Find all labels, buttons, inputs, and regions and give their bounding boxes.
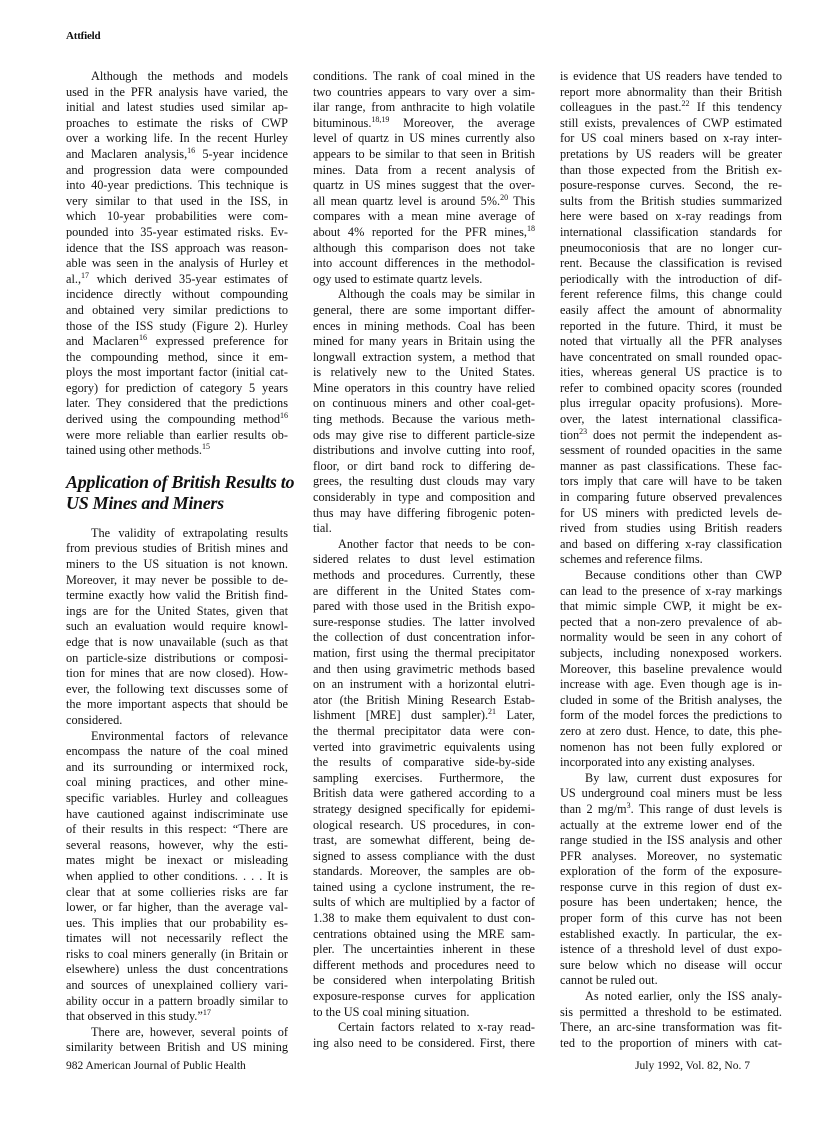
text-line: the thermal precipitator data were con-	[313, 724, 535, 740]
column-3: is evidence that US readers have tended …	[560, 69, 782, 1051]
text-line: the results of comparative side-by-side	[313, 755, 535, 771]
text-line: grees, the resulting dust clouds may var…	[313, 474, 535, 490]
text-line: can lead to the presence of x-ray markin…	[560, 584, 782, 600]
text-line: quartz in US mines suggest that the over…	[313, 178, 535, 194]
paragraph: Certain factors related to x-ray read-in…	[313, 1020, 535, 1051]
text-line: the more important aspects that should b…	[66, 697, 288, 713]
paragraph: There are, however, several points ofsim…	[66, 1025, 288, 1056]
text-line: about 4% reported for the PFR mines,18	[313, 225, 535, 241]
text-line: specific variables. Hurley and colleague…	[66, 791, 288, 807]
text-line: international classification standards f…	[560, 225, 782, 241]
text-line: level of quartz in US mines currently al…	[313, 131, 535, 147]
text-line: 1.38 to make them equivalent to dust con…	[313, 911, 535, 927]
heading-line: Application of British Results to	[66, 472, 288, 493]
text-line: sure below which no disease will occur	[560, 958, 782, 974]
text-line: bituminous.18,19 Moreover, the average	[313, 116, 535, 132]
running-head: Attfield	[66, 30, 100, 42]
text-line: tors imply that care will have to be tak…	[560, 474, 782, 490]
text-line: two countries appears to vary over a sim…	[313, 85, 535, 101]
text-line: range studied in the ISS analysis and ot…	[560, 833, 782, 849]
text-line: still exists, prevalences of CWP estimat…	[560, 116, 782, 132]
text-line: tion for mines that are now closed). How…	[66, 666, 288, 682]
text-line: ator (the British Mining Research Estab-	[313, 693, 535, 709]
text-line: ilar range, from anthracite to high vola…	[313, 100, 535, 116]
text-line: have cautioned against indiscriminate us…	[66, 807, 288, 823]
text-line: noted that virtually all the PFR analyse…	[560, 334, 782, 350]
text-line: PFR analyses. Moreover, no systematic	[560, 849, 782, 865]
text-line: into 40-year predictions. This technique…	[66, 178, 288, 194]
text-line: sidered relates to dust level estimation	[313, 552, 535, 568]
text-line: Although the coals may be similar in	[313, 287, 535, 303]
paragraph: Although the coals may be similar ingene…	[313, 287, 535, 537]
text-line: Moreover, it may never be possible to de…	[66, 573, 288, 589]
text-line: proaches to estimate the risks of CWP	[66, 116, 288, 132]
text-line: compares with a mean mine average of	[313, 209, 535, 225]
text-line: periodically with the introduction of di…	[560, 272, 782, 288]
text-line: encompass the nature of the coal mined	[66, 744, 288, 760]
text-line: ings are for the United States, given th…	[66, 604, 288, 620]
text-line: centrations obtained using the MRE sam-	[313, 927, 535, 943]
text-line: sults of which are multiplied by a facto…	[313, 895, 535, 911]
text-line: the compounding method, since it em-	[66, 350, 288, 366]
text-line: pared with those used in the British exp…	[313, 599, 535, 615]
text-line: longwall extraction system, a method tha…	[313, 350, 535, 366]
text-line: Certain factors related to x-ray read-	[313, 1020, 535, 1036]
text-line: when applied to other conditions. . . . …	[66, 869, 288, 885]
text-line: cannot be ruled out.	[560, 973, 782, 989]
text-line: used in the PFR analysis have varied, th…	[66, 85, 288, 101]
text-line: ods may give rise to different particle-…	[313, 428, 535, 444]
text-line: than 2 mg/m3. This range of dust levels …	[560, 802, 782, 818]
text-line: As noted earlier, only the ISS analy-	[560, 989, 782, 1005]
text-line: and Maclaren analysis,16 5-year incidenc…	[66, 147, 288, 163]
text-line: general, there are some important differ…	[313, 303, 535, 319]
text-line: here were based on x-ray readings from	[560, 209, 782, 225]
text-line: cluded in some of the British analyses, …	[560, 693, 782, 709]
text-line: pneumoconiosis that are no longer cur-	[560, 241, 782, 257]
text-line: easily affect the amount of abnormality	[560, 303, 782, 319]
paragraph: Although the methods and modelsused in t…	[66, 69, 288, 459]
paragraph: Environmental factors of relevanceencomp…	[66, 729, 288, 1025]
text-line: coal mining practices, and other mine-	[66, 775, 288, 791]
text-line: Although the methods and models	[66, 69, 288, 85]
text-line: lishment [MRE] dust sampler).21 Later,	[313, 708, 535, 724]
text-line: is evidence that US readers have tended …	[560, 69, 782, 85]
text-line: to the US coal mining situation.	[313, 1005, 535, 1021]
text-line: ferent reference films, this change coul…	[560, 287, 782, 303]
text-line: is relatively new to the United States.	[313, 365, 535, 381]
text-line: ological research. US procedures, in con…	[313, 818, 535, 834]
text-line: elsewhere) unless the dust concentration…	[66, 962, 288, 978]
text-line: able was seen in the analysis of Hurley …	[66, 256, 288, 272]
text-line: refer to combined opacity scores (rounde…	[560, 381, 782, 397]
text-line: and based on differing x-ray classificat…	[560, 537, 782, 553]
text-line: considerably in type and composition and	[313, 490, 535, 506]
text-line: that observed in this study.”17	[66, 1009, 288, 1025]
text-line: mation, first using the thermal precipit…	[313, 646, 535, 662]
paragraph: By law, current dust exposures forUS und…	[560, 771, 782, 989]
text-line: and its surrounding or intermixed rock,	[66, 760, 288, 776]
text-line: Moreover, this baseline prevalence would	[560, 662, 782, 678]
text-line: form of the model forces the predictions…	[560, 708, 782, 724]
text-line: and sources of unexplained colliery vari…	[66, 978, 288, 994]
text-line: and then using gravimetric methods based	[313, 662, 535, 678]
text-line: There are, however, several points of	[66, 1025, 288, 1041]
text-line: colleagues in the past.22 If this tenden…	[560, 100, 782, 116]
text-line: termine exactly how valid the British fi…	[66, 588, 288, 604]
text-line: actually at the extreme lower end of the	[560, 818, 782, 834]
text-line: sampling exercises. Furthermore, the	[313, 771, 535, 787]
text-line: very similar to that used in the ISS, in	[66, 194, 288, 210]
text-line: tial.	[313, 521, 535, 537]
text-line: idence that the ISS approach was reason-	[66, 241, 288, 257]
text-line: miners to the US situation is not known.	[66, 557, 288, 573]
text-line: tion23 does not permit the independent a…	[560, 428, 782, 444]
text-line: proper form of this curve has not been	[560, 911, 782, 927]
text-line: pler. The uncertainties inherent in thes…	[313, 942, 535, 958]
text-line: rived from studies using British readers	[560, 521, 782, 537]
text-line: British data were gathered according to …	[313, 786, 535, 802]
text-line: ability occur in a pattern broadly simil…	[66, 994, 288, 1010]
text-line: The validity of extrapolating results	[66, 526, 288, 542]
text-line: egory) for prediction of category 5 year…	[66, 381, 288, 397]
text-line: Because conditions other than CWP	[560, 568, 782, 584]
text-line: strategy designed specifically for epide…	[313, 802, 535, 818]
text-line: ing also need to be considered. First, t…	[313, 1036, 535, 1052]
text-line: over, the latest international classific…	[560, 412, 782, 428]
text-line: mines. Data from a recent analysis of	[313, 163, 535, 179]
text-line: trast, are somewhat different, being de-	[313, 833, 535, 849]
text-line: posure-response curves. Second, the re-	[560, 178, 782, 194]
text-line: plus irregular opacity profusions). More…	[560, 396, 782, 412]
text-line: the collection of dust concentration inf…	[313, 630, 535, 646]
text-line: sis permitted a threshold to be estimate…	[560, 1005, 782, 1021]
text-line: mates might be inexact or misleading	[66, 853, 288, 869]
text-line: exploration of the form of the exposure-	[560, 864, 782, 880]
text-line: ting methods. Because the various meth-	[313, 412, 535, 428]
text-line: sure-response studies. The latter involv…	[313, 615, 535, 631]
text-line: were more reliable than earlier results …	[66, 428, 288, 444]
text-line: Another factor that needs to be con-	[313, 537, 535, 553]
text-line: response curve in this region of dust ex…	[560, 880, 782, 896]
text-line: nomenon has not been fully explored or	[560, 740, 782, 756]
paragraph: Because conditions other than CWPcan lea…	[560, 568, 782, 771]
text-line: and obtained very similar predictions to	[66, 303, 288, 319]
paragraph: conditions. The rank of coal mined in th…	[313, 69, 535, 287]
text-line: edge that is now unavailable (such as th…	[66, 635, 288, 651]
text-line: mined for many years in Britain using th…	[313, 334, 535, 350]
text-line: which 10-year probabilities were com-	[66, 209, 288, 225]
text-line: ted to the proportion of miners with cat…	[560, 1036, 782, 1052]
text-line: from previous studies of British mines a…	[66, 541, 288, 557]
text-line: and progression data were compounded	[66, 163, 288, 179]
text-line: report more abnormality than their Briti…	[560, 85, 782, 101]
text-line: ues. This implies that our probability e…	[66, 916, 288, 932]
text-line: those of the ISS study (Figure 2). Hurle…	[66, 319, 288, 335]
text-line: all mean quartz level is around 5%.20 Th…	[313, 194, 535, 210]
paragraph: Another factor that needs to be con-side…	[313, 537, 535, 1020]
text-line: on particle-size distributions or compos…	[66, 651, 288, 667]
text-line: ences in mining methods. Coal has been	[313, 319, 535, 335]
text-line: conditions. The rank of coal mined in th…	[313, 69, 535, 85]
text-line: clear that at some collieries risks are …	[66, 885, 288, 901]
text-line: later. They considered that the predicti…	[66, 396, 288, 412]
text-line: verted into gravimetric equivalents usin…	[313, 740, 535, 756]
text-line: lower, or far higher, than the average v…	[66, 900, 288, 916]
text-line: into account differences in the methodol…	[313, 256, 535, 272]
text-line: increase with age. Even though age is in…	[560, 677, 782, 693]
text-line: tained using a cyclone instrument, the r…	[313, 880, 535, 896]
text-line: initial and latest studies used similar …	[66, 100, 288, 116]
text-line: methods and procedures. Currently, these	[313, 568, 535, 584]
text-line: ever, the following text discusses some …	[66, 682, 288, 698]
text-line: ities, whereas general US practice is to	[560, 365, 782, 381]
text-line: floor, or dirt band rock to differing de…	[313, 459, 535, 475]
text-line: on an instrument with a horizontal elutr…	[313, 677, 535, 693]
text-line: sults from the British studies summarize…	[560, 194, 782, 210]
text-line: incidence directly without compounding	[66, 287, 288, 303]
text-line: on continuous miners and other coal-get-	[313, 396, 535, 412]
text-line: standards. Moreover, the samples are ob-	[313, 864, 535, 880]
text-line: timates will not necessarily reflect the	[66, 931, 288, 947]
text-line: signed to assess compliance with the dus…	[313, 849, 535, 865]
text-line: posure has been undertaken; hence, the	[560, 895, 782, 911]
section-heading: Application of British Results toUS Mine…	[66, 472, 288, 514]
text-line: established exactly. In particular, the …	[560, 927, 782, 943]
text-line: similarity between British and US mining	[66, 1040, 288, 1056]
text-line: and Maclaren16 expressed preference for	[66, 334, 288, 350]
text-line: Mine operators in this country have reli…	[313, 381, 535, 397]
text-line: ploys the most important factor (initial…	[66, 365, 288, 381]
text-line: istence of a threshold level of dust exp…	[560, 942, 782, 958]
text-line: By law, current dust exposures for	[560, 771, 782, 787]
text-line: thus may have differing fibrogenic poten…	[313, 506, 535, 522]
text-line: that mimic simple CWP, it might be ex-	[560, 599, 782, 615]
heading-line: US Mines and Miners	[66, 493, 288, 514]
text-line: normality would be seen in any cohort of	[560, 630, 782, 646]
footer-journal: 982 American Journal of Public Health	[66, 1060, 246, 1072]
text-line: different methods and procedures need to	[313, 958, 535, 974]
paragraph: As noted earlier, only the ISS analy-sis…	[560, 989, 782, 1051]
text-line: derived using the compounding method16	[66, 412, 288, 428]
text-line: are different in the United States com-	[313, 584, 535, 600]
text-line: incorporated into any existing analyses.	[560, 755, 782, 771]
text-line: for US coal miners based on x-ray inter-	[560, 131, 782, 147]
text-line: pounded into 35-year estimated risks. Ev…	[66, 225, 288, 241]
text-line: reported in the future. Third, it must b…	[560, 319, 782, 335]
column-2: conditions. The rank of coal mined in th…	[313, 69, 535, 1051]
text-line: al.,17 which derived 35-year estimates o…	[66, 272, 288, 288]
footer-issue: July 1992, Vol. 82, No. 7	[635, 1060, 750, 1072]
text-line: manner as past classifications. These fa…	[560, 459, 782, 475]
paragraph: The validity of extrapolating resultsfro…	[66, 526, 288, 729]
text-line: US underground coal miners must be less	[560, 786, 782, 802]
column-1: Although the methods and modelsused in t…	[66, 69, 288, 1056]
text-line: rent. Because the classification is revi…	[560, 256, 782, 272]
text-line: exposure-response curves for application	[313, 989, 535, 1005]
text-line: considered.	[66, 713, 288, 729]
text-line: subjects, including nonexposed workers.	[560, 646, 782, 662]
text-line: schemes and reference films.	[560, 552, 782, 568]
text-line: appears to be similar to that seen in Br…	[313, 147, 535, 163]
text-line: distributions and involve cutting into r…	[313, 443, 535, 459]
text-line: such an evaluation would require knowl-	[66, 619, 288, 635]
text-line: ogy used to estimate quartz levels.	[313, 272, 535, 288]
text-line: although this comparison does not take	[313, 241, 535, 257]
text-line: for US miners with predicted levels de-	[560, 506, 782, 522]
text-line: than those expected from the British ex-	[560, 163, 782, 179]
text-line: There, an arc-sine transformation was fi…	[560, 1020, 782, 1036]
text-line: be considered when interpolating British	[313, 973, 535, 989]
text-line: have concentrated on small rounded opac-	[560, 350, 782, 366]
text-line: risks to coal miners generally (in Brita…	[66, 947, 288, 963]
text-line: in comparing future observed prevalences	[560, 490, 782, 506]
text-line: pected that a non-zero prevalence of ab-	[560, 615, 782, 631]
text-line: sessment of rounded opacities in the sam…	[560, 443, 782, 459]
text-line: several reasons, however, why the esti-	[66, 838, 288, 854]
paragraph: is evidence that US readers have tended …	[560, 69, 782, 568]
text-line: of their results in this respect: “There…	[66, 822, 288, 838]
text-line: tained using other methods.15	[66, 443, 288, 459]
text-line: zero at zero dust. Hence, to date, this …	[560, 724, 782, 740]
text-line: over a working life. In the recent Hurle…	[66, 131, 288, 147]
text-line: pretations by US readers will be greater	[560, 147, 782, 163]
text-line: Environmental factors of relevance	[66, 729, 288, 745]
